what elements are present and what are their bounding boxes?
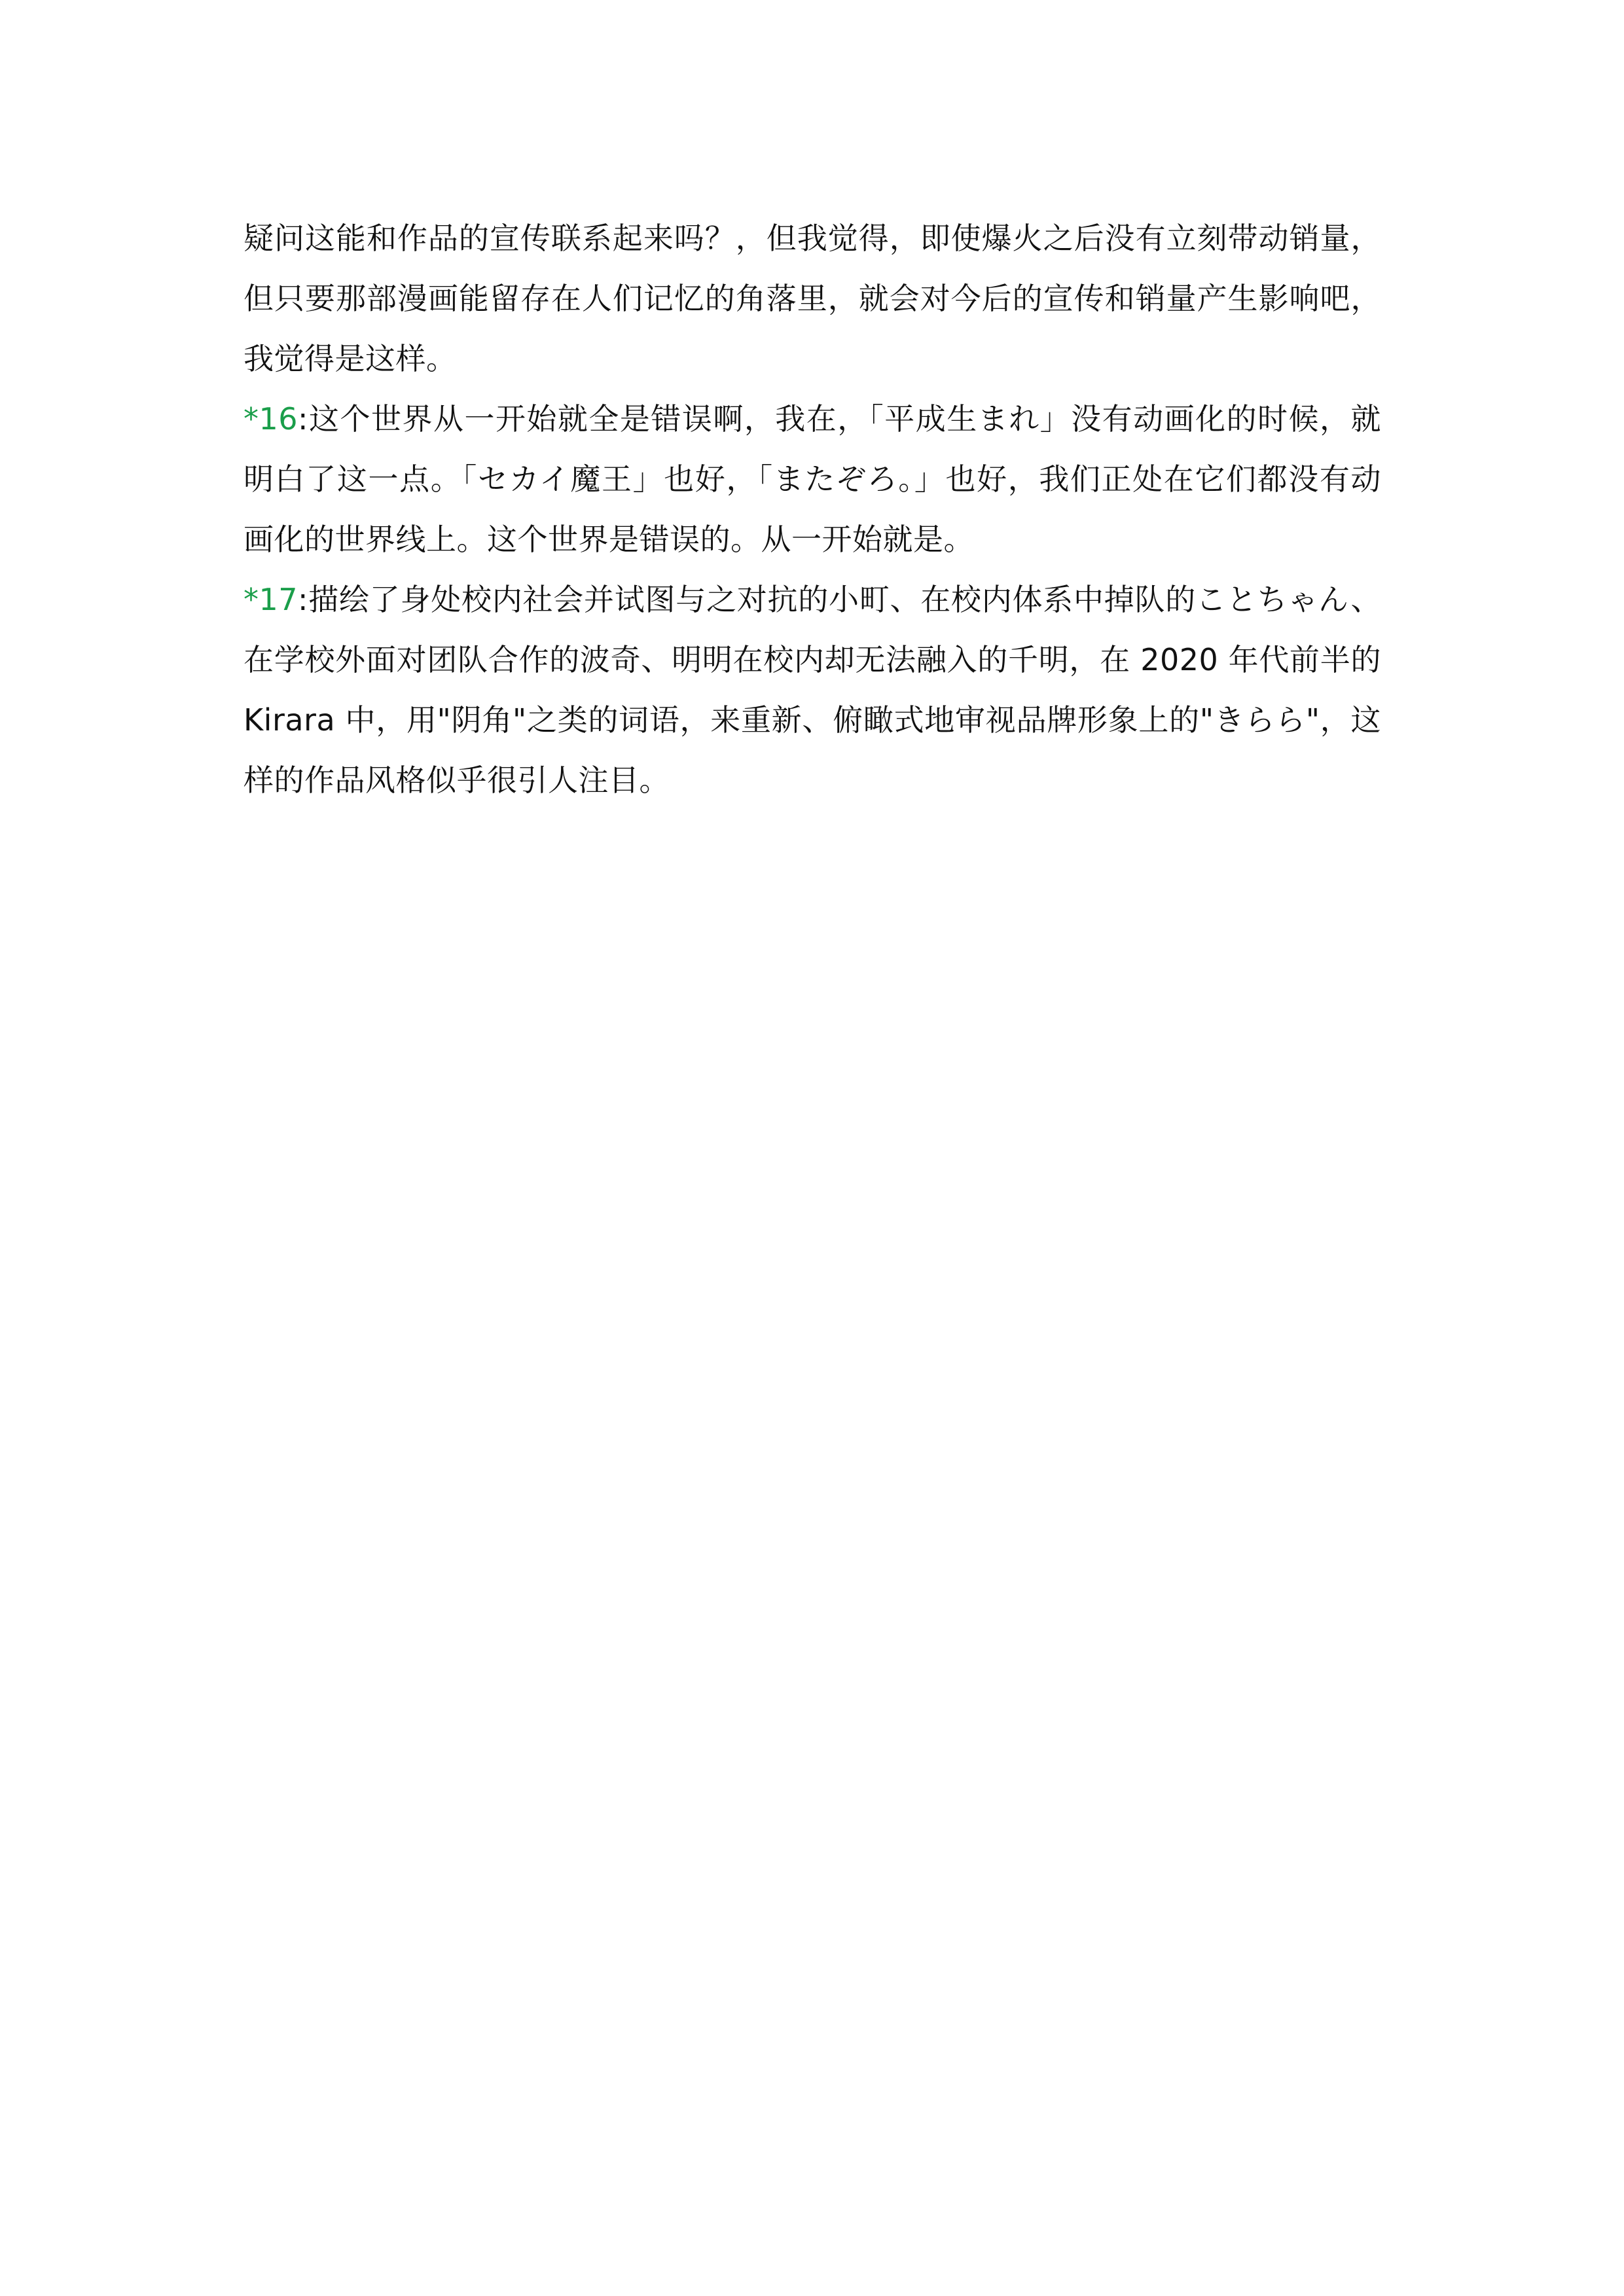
paragraph-text: 疑问这能和作品的宣传联系起来吗？，但我觉得，即使爆火之后没有立刻带动销量，但只要… bbox=[244, 221, 1381, 376]
document-page: 疑问这能和作品的宣传联系起来吗？，但我觉得，即使爆火之后没有立刻带动销量，但只要… bbox=[244, 208, 1381, 810]
footnote-separator: : bbox=[298, 401, 308, 437]
footnote-marker: *17 bbox=[244, 582, 298, 617]
paragraph-continuation: 疑问这能和作品的宣传联系起来吗？，但我觉得，即使爆火之后没有立刻带动销量，但只要… bbox=[244, 208, 1381, 389]
footnote-marker: *16 bbox=[244, 401, 298, 437]
footnote-16: *16:这个世界从一开始就全是错误啊，我在，「平成生まれ」没有动画化的时候，就明… bbox=[244, 389, 1381, 569]
footnote-17: *17:描绘了身处校内社会并试图与之对抗的小町、在校内体系中掉队的ことちゃん、在… bbox=[244, 569, 1381, 810]
footnote-text: 描绘了身处校内社会并试图与之对抗的小町、在校内体系中掉队的ことちゃん、在学校外面… bbox=[244, 582, 1381, 798]
footnote-text: 这个世界从一开始就全是错误啊，我在，「平成生まれ」没有动画化的时候，就明白了这一… bbox=[244, 401, 1381, 557]
footnote-separator: : bbox=[298, 582, 308, 617]
